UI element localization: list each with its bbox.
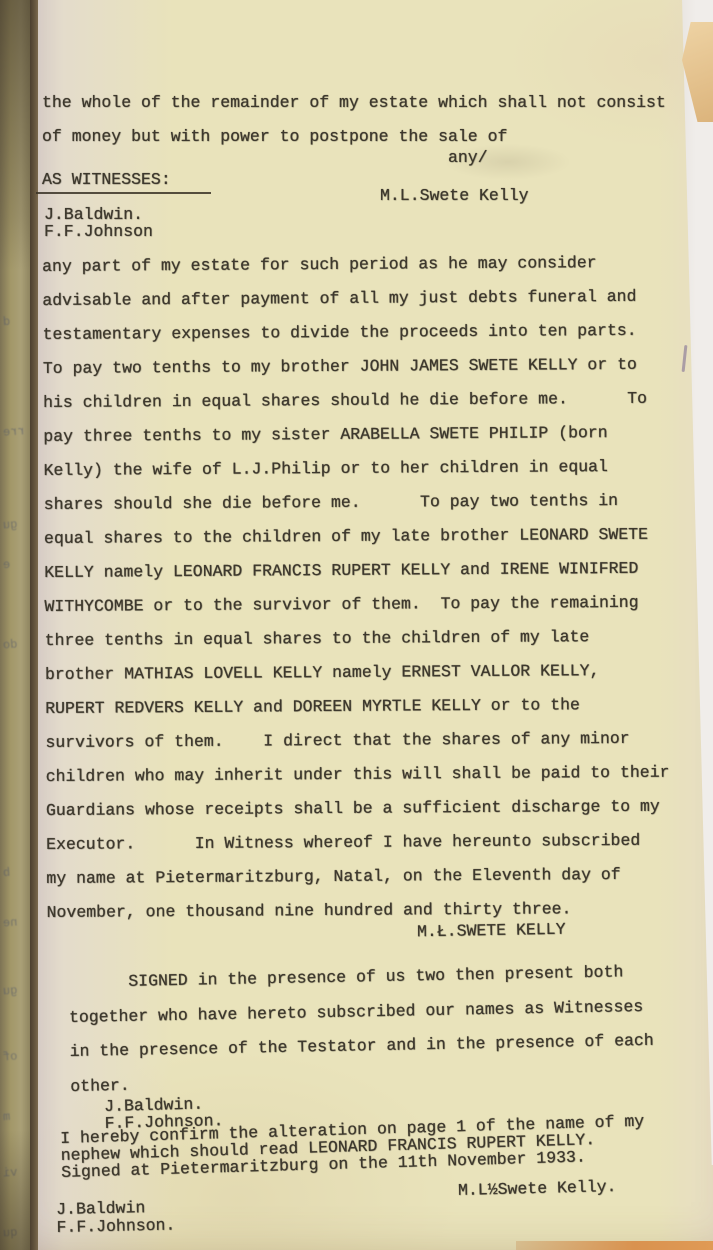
typewritten-content: the whole of the remainder of my estate … <box>0 0 713 1250</box>
text-line: brother MATHIAS LOVELL KELLY namely ERNE… <box>45 654 669 692</box>
text-line: KELLY namely LEONARD FRANCIS RUPERT KELL… <box>44 552 668 590</box>
text-line: advisable and after payment of all my ju… <box>42 280 666 318</box>
text-line: shares should she die before me. To pay … <box>44 484 668 522</box>
signature-text: M.L.Swete Kelly <box>380 186 529 205</box>
text-line: Guardians whose receipts shall be a suff… <box>46 790 670 828</box>
text-line: any part of my estate for such period as… <box>42 246 666 284</box>
text-line: equal shares to the children of my late … <box>44 518 668 556</box>
text-line: pay three tenths to my sister ARABELLA S… <box>43 416 667 454</box>
text-line: children who may inherit under this will… <box>46 756 670 794</box>
intro-paragraph: the whole of the remainder of my estate … <box>42 86 666 154</box>
text-line: November, one thousand nine hundred and … <box>47 892 671 930</box>
attestation-paragraph: SIGNED in the presence of us two then pr… <box>68 955 655 1104</box>
signature-text: M.L½Swete Kelly. <box>458 1177 617 1200</box>
witness-name: J.Baldwin. <box>44 206 153 223</box>
text-line: his children in equal shares should he d… <box>43 382 667 420</box>
witness-name: F.F.Johnson. <box>56 1216 175 1236</box>
text-line: Kelly) the wife of L.J.Philip or to her … <box>43 450 667 488</box>
witness-names-top: J.Baldwin. F.F.Johnson <box>44 206 153 240</box>
typed-signature-bottom: M.L½Swete Kelly. <box>458 1177 617 1200</box>
scanned-document-page: d rre gu e do b ne gu of m vi qu the who… <box>0 0 713 1250</box>
text-line: RUPERT REDVERS KELLY and DOREEN MYRTLE K… <box>45 688 669 726</box>
text-line: To pay two tenths to my brother JOHN JAM… <box>43 348 667 386</box>
witness-names-bottom: J.Baldwin F.F.Johnson. <box>56 1199 176 1236</box>
signature-text: M.Ł.SWETE KELLY <box>417 920 566 942</box>
main-body-paragraph: any part of my estate for such period as… <box>42 246 671 930</box>
typed-signature-middle: M.Ł.SWETE KELLY <box>417 920 566 942</box>
text-line: three tenths in equal shares to the chil… <box>45 620 669 658</box>
text-line: of money but with power to postpone the … <box>42 120 666 154</box>
catchword: any/ <box>448 148 488 167</box>
text-line: testamentary expenses to divide the proc… <box>42 314 666 352</box>
text-line: WITHYCOMBE or to the survivor of them. T… <box>44 586 668 624</box>
text-line: survivors of them. I direct that the sha… <box>45 722 669 760</box>
text-line: the whole of the remainder of my estate … <box>42 86 666 120</box>
text-line: my name at Pietermaritzburg, Natal, on t… <box>46 858 670 896</box>
text-line: any/ <box>448 148 488 167</box>
text-line: Executor. In Witness whereof I have here… <box>46 824 670 862</box>
witness-name: F.F.Johnson <box>44 223 153 240</box>
underlined-heading: AS WITNESSES: <box>36 170 211 194</box>
witness-heading: AS WITNESSES: <box>44 170 211 194</box>
typed-signature-top: M.L.Swete Kelly <box>380 186 529 205</box>
